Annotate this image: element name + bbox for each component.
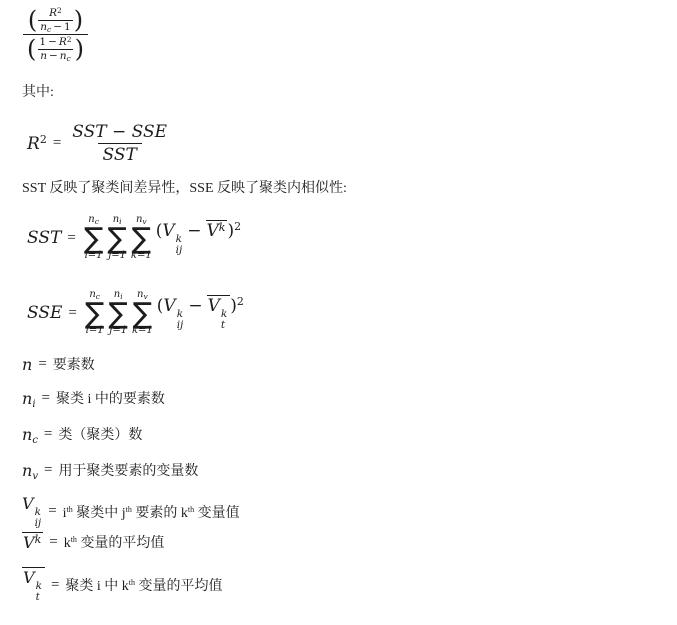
var-V: V — [23, 568, 35, 587]
summation-i: nc ∑ i=1 — [85, 290, 105, 336]
text-seg: 变量的平均值 — [77, 536, 165, 551]
summation-k: nv ∑ k=1 — [132, 290, 153, 336]
summation-j: ni ∑ j=1 — [108, 290, 128, 336]
sigma-icon: ∑ — [132, 226, 152, 250]
fraction-numerator: 1−R2 — [37, 36, 73, 49]
supsub-k-t: kt — [221, 309, 227, 331]
sigma-icon: ∑ — [107, 226, 127, 250]
sst-sse-fraction: SST − SSE SST — [67, 121, 172, 166]
minus-sign: − — [53, 21, 62, 33]
sigma-icon: ∑ — [84, 226, 104, 250]
equals-sign: = — [38, 356, 46, 373]
var-n-sub-v: nv — [22, 461, 38, 480]
pseudo-f-statistic-formula: ( R2 nc−1 ) ( 1−R2 n−nc ) — [23, 6, 88, 63]
fraction-denominator: nc−1 — [38, 20, 72, 34]
lower-limit: k=1 — [131, 251, 152, 261]
sup-k: k — [35, 533, 42, 546]
sub-v: v — [32, 471, 38, 482]
equals-sign: = — [68, 305, 76, 322]
sup-2: 2 — [67, 35, 72, 44]
var-n-sub-c: nc — [22, 425, 38, 444]
text-seg: 聚类 i 中 k — [65, 579, 128, 594]
equals-sign: = — [48, 503, 56, 520]
sub-v: v — [142, 217, 146, 226]
sup-th: th — [67, 505, 73, 514]
num-1: 1 — [64, 21, 71, 33]
def-vbar-t: Vkt = 聚类 i 中 kth 变量的平均值 — [22, 567, 223, 603]
var-n: n — [22, 461, 32, 480]
def-vbar-k: Vk = kth 变量的平均值 — [22, 532, 164, 552]
lower-limit: k=1 — [132, 326, 153, 336]
lower-limit: j=1 — [109, 326, 127, 336]
def-vbar-k-text: kth 变量的平均值 — [64, 532, 165, 552]
sup-th: th — [188, 505, 194, 514]
sup-k: k — [219, 221, 226, 234]
r-squared-formula: R2 = SST − SSE SST — [27, 121, 172, 166]
minus-sign: − — [187, 221, 201, 241]
def-n: n = 要素数 — [22, 354, 95, 374]
text-seg: 要素的 k — [132, 506, 188, 521]
sub-i: i — [32, 399, 35, 410]
var-n: n — [22, 425, 32, 444]
sub-t: t — [221, 320, 225, 331]
equals-sign: = — [53, 135, 61, 152]
outer-numerator: ( R2 nc−1 ) — [24, 6, 87, 34]
def-vijk: Vkij = ith 聚类中 jth 要素的 kth 变量值 — [22, 494, 240, 529]
def-ni-text: 聚类 i 中的要素数 — [56, 388, 165, 408]
sub-c: c — [47, 25, 51, 34]
var-n: n — [40, 21, 47, 33]
num-1: 1 — [39, 36, 46, 48]
sigma-icon: ∑ — [108, 301, 128, 325]
var-V: V — [207, 221, 219, 241]
var-R: R — [59, 36, 67, 48]
sup-2: 2 — [237, 295, 244, 308]
sub-ij: ij — [176, 245, 183, 256]
var-R: R — [27, 134, 40, 154]
equals-sign: = — [44, 462, 52, 479]
outer-fraction: ( R2 nc−1 ) ( 1−R2 n−nc ) — [23, 6, 88, 63]
def-vijk-text: ith 聚类中 jth 要素的 kth 变量值 — [63, 502, 240, 522]
text-seg: 变量的平均值 — [135, 579, 223, 594]
var-V: V — [162, 221, 174, 241]
supsub-k-ij: kij — [35, 507, 42, 529]
supsub-k-ij: kij — [176, 234, 183, 256]
supsub-k-ij: kij — [177, 309, 184, 331]
text-seg: 聚类中 j — [73, 506, 126, 521]
v-bar-k: Vk — [22, 532, 43, 552]
var-V-ij-k: Vkij — [22, 494, 42, 529]
equals-sign: = — [44, 426, 52, 443]
lower-limit: j=1 — [108, 251, 126, 261]
sup-2: 2 — [57, 6, 62, 15]
equals-sign: = — [51, 577, 59, 594]
supsub-k-t: kt — [36, 581, 42, 603]
squared-deviation-term: (Vkij−Vk)2 — [156, 220, 241, 256]
overline: Vkt — [22, 567, 45, 603]
var-V: V — [208, 296, 220, 316]
sub-c: c — [67, 54, 71, 63]
squared-deviation-term: (Vkij−Vkt)2 — [157, 295, 244, 331]
v-bar-k: Vk — [206, 220, 228, 242]
summation-i: nc ∑ i=1 — [84, 215, 104, 261]
sst-formula: SST = nc ∑ i=1 ni ∑ j=1 nv ∑ k=1 (Vkij−V… — [27, 215, 241, 261]
sub-t: t — [36, 592, 40, 603]
def-ni: ni = 聚类 i 中的要素数 — [22, 388, 165, 408]
var-n: n — [22, 355, 32, 374]
def-nc: nc = 类（聚类）数 — [22, 424, 142, 444]
def-vbar-t-text: 聚类 i 中 kth 变量的平均值 — [65, 575, 222, 595]
1-r2-over-n-nc-fraction: 1−R2 n−nc — [37, 36, 73, 62]
minus-sign: − — [49, 50, 58, 62]
outer-denominator: ( 1−R2 n−nc ) — [23, 34, 88, 63]
summation-j: ni ∑ j=1 — [107, 215, 127, 261]
summation-k: nv ∑ k=1 — [131, 215, 152, 261]
var-n-sub-i: ni — [22, 389, 36, 408]
fraction-numerator: SST − SSE — [67, 121, 172, 143]
minus-sign: − — [48, 36, 57, 48]
sup-2: 2 — [234, 220, 241, 233]
def-nc-text: 类（聚类）数 — [58, 424, 142, 444]
def-n-text: 要素数 — [53, 354, 95, 374]
where-text: 其中: — [22, 81, 54, 101]
def-nv: nv = 用于聚类要素的变量数 — [22, 460, 198, 480]
fraction-denominator: SST — [98, 143, 142, 166]
var-V: V — [23, 533, 35, 552]
sub-ij: ij — [35, 518, 42, 529]
lhs-r-squared: R2 — [27, 134, 47, 154]
sup-th: th — [71, 535, 77, 544]
sub-c: c — [32, 435, 38, 446]
var-V: V — [163, 296, 175, 316]
sub-i: i — [120, 292, 122, 301]
sigma-icon: ∑ — [85, 301, 105, 325]
sup-th: th — [129, 578, 135, 587]
lower-limit: i=1 — [86, 326, 104, 336]
sse-formula: SSE = nc ∑ i=1 ni ∑ j=1 nv ∑ k=1 (Vkij−V… — [27, 290, 244, 336]
var-n: n — [60, 50, 67, 62]
sub-i: i — [119, 217, 121, 226]
minus-sign: − — [188, 296, 202, 316]
r2-over-nc-1-fraction: R2 nc−1 — [38, 7, 72, 33]
lhs-sst: SST — [27, 228, 61, 248]
var-V: V — [22, 494, 34, 513]
var-n: n — [40, 50, 47, 62]
sigma-icon: ∑ — [133, 301, 153, 325]
text-seg: i — [63, 506, 67, 521]
equals-sign: = — [67, 230, 75, 247]
text-seg: 变量值 — [194, 506, 240, 521]
sub-v: v — [143, 292, 147, 301]
lhs-sse: SSE — [27, 303, 62, 323]
def-nv-text: 用于聚类要素的变量数 — [58, 460, 198, 480]
equals-sign: = — [42, 390, 50, 407]
lower-limit: i=1 — [85, 251, 103, 261]
v-bar-t-k: Vkt — [22, 567, 45, 603]
sub-c: c — [95, 217, 99, 226]
sub-ij: ij — [177, 320, 184, 331]
fraction-numerator: R2 — [47, 7, 64, 20]
var-R: R — [49, 7, 57, 19]
document-page: ( R2 nc−1 ) ( 1−R2 n−nc ) 其中: R2 = SST — [0, 0, 677, 625]
overline: Vk — [22, 532, 43, 552]
sub-c: c — [96, 292, 100, 301]
var-n: n — [22, 389, 32, 408]
fraction-denominator: n−nc — [38, 49, 73, 63]
sup-th: th — [126, 505, 132, 514]
sup-2: 2 — [40, 133, 47, 146]
v-bar-t-k: Vkt — [207, 295, 231, 331]
equals-sign: = — [49, 534, 57, 551]
text-seg: k — [64, 536, 71, 551]
right-paren: ) — [230, 296, 237, 316]
sst-sse-sentence: SST 反映了聚类间差异性，SSE 反映了聚类内相似性: — [22, 177, 347, 197]
